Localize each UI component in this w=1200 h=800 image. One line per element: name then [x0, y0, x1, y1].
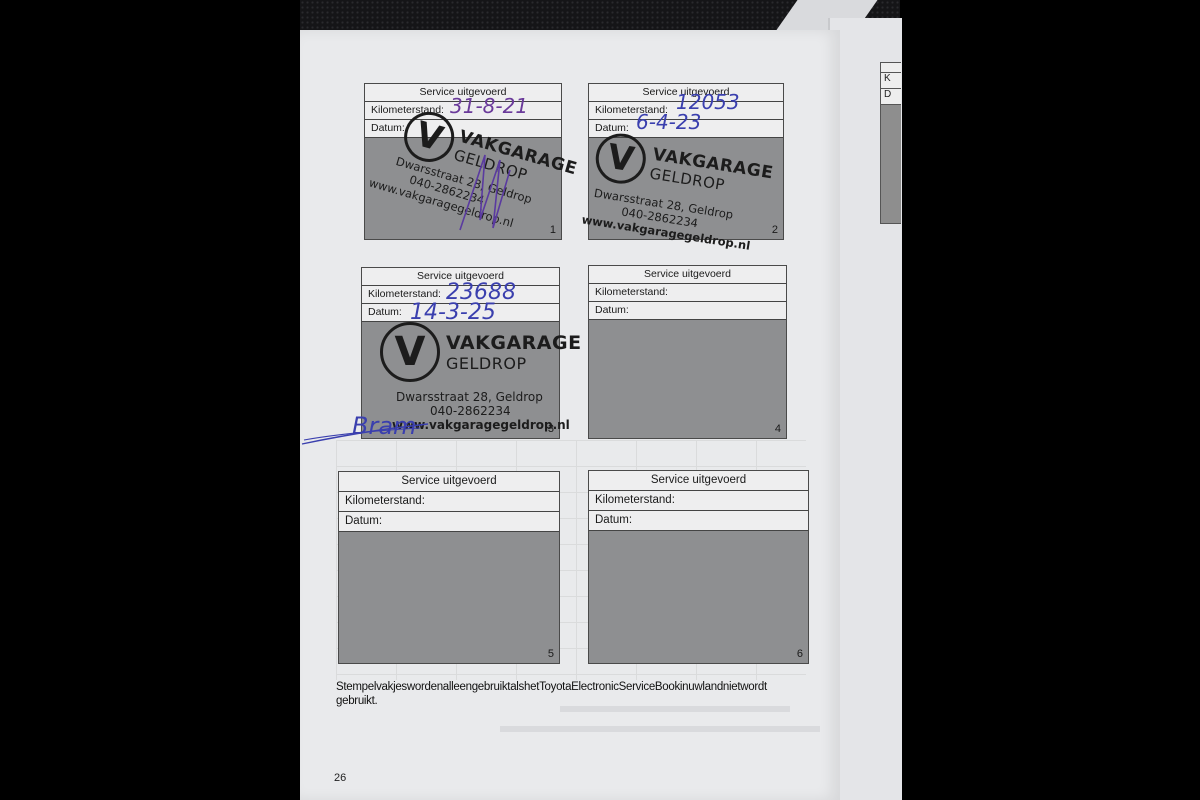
km-row: Kilometerstand:: [339, 492, 559, 512]
date-row: Datum:: [339, 512, 559, 532]
handwritten-km: 31-8-21: [450, 96, 528, 116]
checkmark-icon: V: [592, 130, 649, 187]
km-row: Kilometerstand:: [589, 491, 808, 511]
handwritten-date: 6-4-23: [636, 112, 701, 132]
box-header: Service uitgevoerd: [339, 472, 559, 492]
box-number: 5: [548, 648, 554, 660]
handwritten-date: 14-3-25: [410, 302, 496, 324]
box-header: Service uitgevoerd: [589, 471, 808, 491]
box-number: 4: [775, 423, 781, 435]
date-row: Datum:: [589, 302, 786, 320]
box-number: 2: [772, 224, 778, 236]
signature-stroke: [300, 418, 430, 448]
km-row: Kilometerstand:: [589, 284, 786, 302]
right-page-row: K: [881, 73, 901, 89]
handwritten-km: 12053: [676, 92, 740, 112]
service-box-6: Service uitgevoerd Kilometerstand: Datum…: [588, 470, 809, 664]
bleed-through-text: [560, 706, 790, 712]
bleed-through-text: [500, 726, 820, 732]
box-header: Service uitgevoerd: [589, 266, 786, 284]
checkmark-icon: V: [380, 322, 440, 382]
service-box-5: Service uitgevoerd Kilometerstand: Datum…: [338, 471, 560, 664]
date-row: Datum:: [589, 511, 808, 531]
box-number: 6: [797, 648, 803, 660]
right-page-row: D: [881, 89, 901, 105]
signature-scribble: [455, 150, 515, 235]
right-page-box: K D: [880, 62, 901, 224]
footnote: StempelvakjeswordenalleengebruiktalshetT…: [336, 680, 826, 708]
page-number: 26: [334, 772, 346, 784]
service-box-4: Service uitgevoerd Kilometerstand: Datum…: [588, 265, 787, 439]
